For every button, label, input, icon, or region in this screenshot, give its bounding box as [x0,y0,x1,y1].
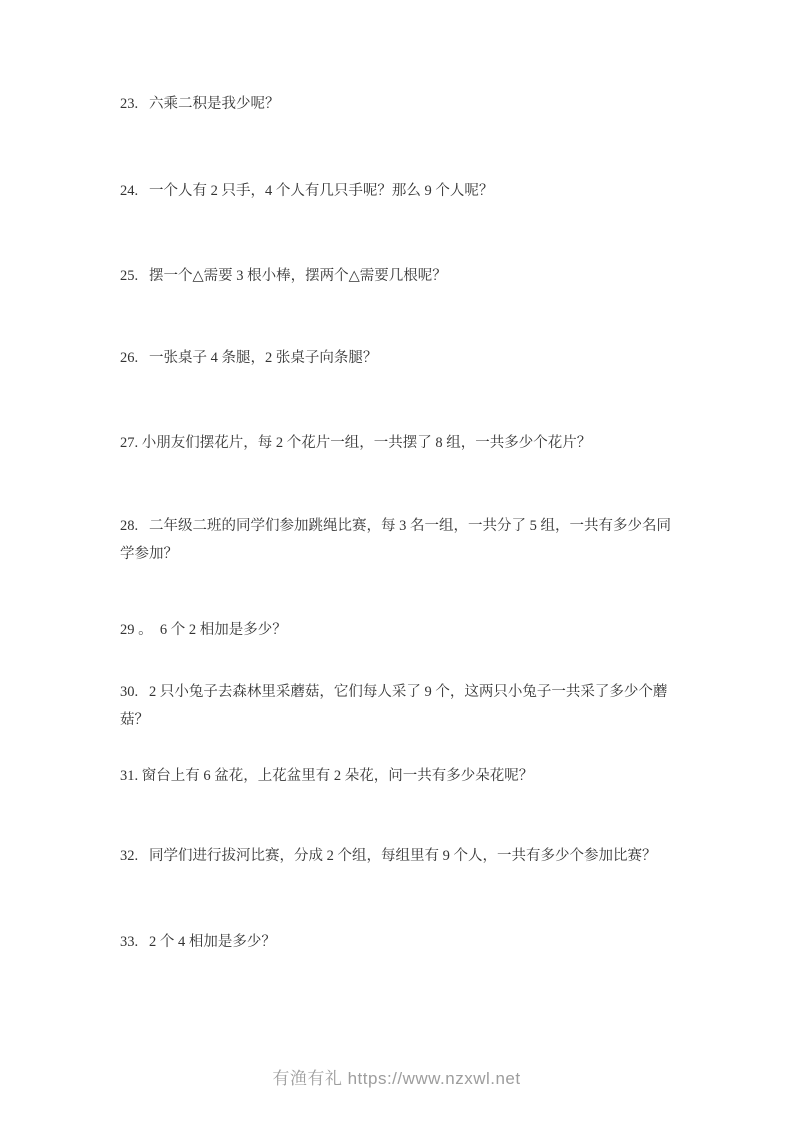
problem-25: 25. 摆一个△需要 3 根小棒，摆两个△需要几根呢？ [120,262,678,290]
worksheet-page: 23. 六乘二积是我少呢？ 24. 一个人有 2 只手，4 个人有几只手呢？那么… [0,0,793,1122]
problem-28: 28. 二年级二班的同学们参加跳绳比赛，每 3 名一组，一共分了 5 组，一共有… [120,512,678,568]
problem-33: 33. 2 个 4 相加是多少？ [120,928,678,956]
problem-23: 23. 六乘二积是我少呢？ [120,90,678,118]
problem-29: 29 。 6 个 2 相加是多少？ [120,616,678,644]
problem-30: 30. 2 只小兔子去森林里采蘑菇，它们每人采了 9 个，这两只小兔子一共采了多… [120,678,678,734]
problem-27: 27. 小朋友们摆花片，每 2 个花片一组，一共摆了 8 组，一共多少个花片？ [120,429,678,457]
problem-31: 31. 窗台上有 6 盆花，上花盆里有 2 朵花，问一共有多少朵花呢？ [120,762,678,790]
footer-watermark: 有渔有礼 https://www.nzxwl.net [0,1064,793,1089]
problem-32: 32. 同学们进行拔河比赛，分成 2 个组，每组里有 9 个人，一共有多少个参加… [120,842,678,870]
problem-24: 24. 一个人有 2 只手，4 个人有几只手呢？那么 9 个人呢？ [120,177,678,205]
problem-26: 26. 一张桌子 4 条腿，2 张桌子向条腿？ [120,344,678,372]
